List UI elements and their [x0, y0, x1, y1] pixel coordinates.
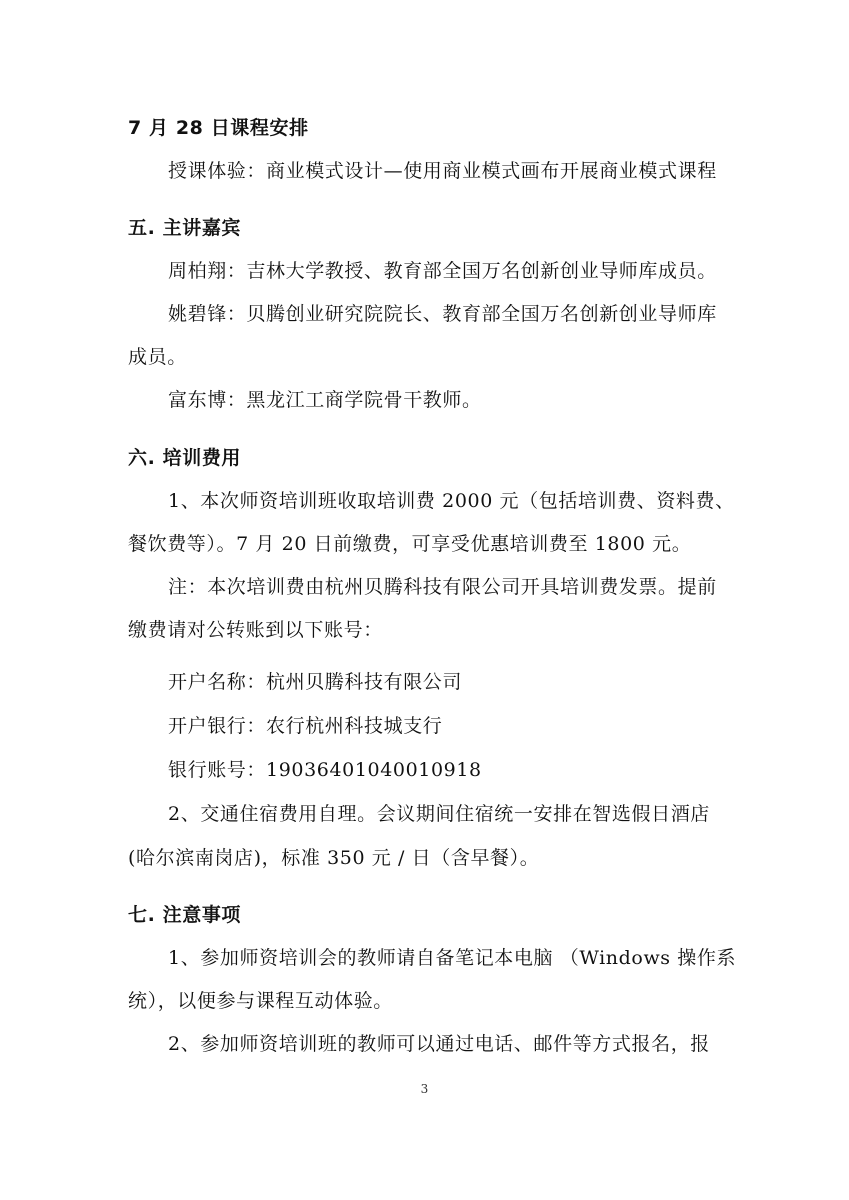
- speaker-line: 姚碧锋：贝腾创业研究院院长、教育部全国万名创新创业导师库: [168, 301, 717, 327]
- fees-line: 缴费请对公转账到以下账号：: [128, 617, 383, 643]
- account-name-line: 开户名称：杭州贝腾科技有限公司: [168, 669, 462, 695]
- speaker-line: 周柏翔：吉林大学教授、教育部全国万名创新创业导师库成员。: [168, 258, 717, 284]
- fees-line: 餐饮费等）。7 月 20 日前缴费，可享受优惠培训费至 1800 元。: [128, 531, 691, 557]
- fees-line: (哈尔滨南岗店)，标准 350 元 / 日（含早餐）。: [128, 845, 539, 871]
- speaker-line: 富东博：黑龙江工商学院骨干教师。: [168, 387, 482, 413]
- fees-line: 1、本次师资培训班收取培训费 2000 元（包括培训费、资料费、: [168, 488, 735, 514]
- document-page: 7 月 28 日课程安排 授课体验：商业模式设计—使用商业模式画布开展商业模式课…: [0, 0, 849, 1200]
- account-bank-line: 开户银行：农行杭州科技城支行: [168, 713, 442, 739]
- notes-line: 1、参加师资培训会的教师请自备笔记本电脑 （Windows 操作系: [168, 945, 736, 971]
- fees-line: 2、交通住宿费用自理。会议期间住宿统一安排在智选假日酒店: [168, 801, 710, 827]
- fees-heading: 六. 培训费用: [128, 445, 241, 471]
- notes-line: 统），以便参与课程互动体验。: [128, 988, 393, 1014]
- notes-heading: 七. 注意事项: [128, 902, 241, 928]
- notes-line: 2、参加师资培训班的教师可以通过电话、邮件等方式报名，报: [168, 1031, 710, 1057]
- schedule-0728-line: 授课体验：商业模式设计—使用商业模式画布开展商业模式课程: [168, 158, 717, 184]
- speakers-heading: 五. 主讲嘉宾: [128, 215, 241, 241]
- page-number: 3: [0, 1082, 849, 1096]
- speaker-line: 成员。: [128, 344, 187, 370]
- account-number-line: 银行账号：19036401040010918: [168, 757, 482, 783]
- schedule-0728-heading: 7 月 28 日课程安排: [128, 115, 309, 141]
- fees-line: 注：本次培训费由杭州贝腾科技有限公司开具培训费发票。提前: [168, 574, 717, 600]
